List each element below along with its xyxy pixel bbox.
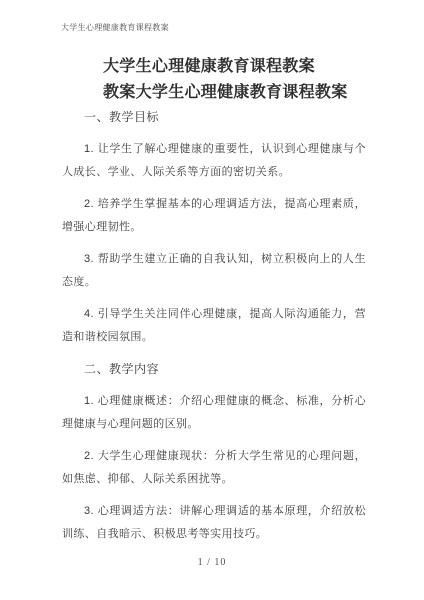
running-header: 大学生心理健康教育课程教案 — [61, 23, 169, 33]
document-body: 一、教学目标 1. 让学生了解心理健康的重要性，认识到心理健康与个人成长、学业、… — [62, 106, 366, 555]
section-2-paragraph-1: 1. 心理健康概述：介绍心理健康的概念、标准，分析心理健康与心理问题的区别。 — [62, 390, 366, 436]
document-title: 大学生心理健康教育课程教案 教案大学生心理健康教育课程教案 — [103, 54, 348, 106]
section-1-paragraph-2: 2. 培养学生掌握基本的心理调适方法，提高心理素质，增强心理韧性。 — [62, 193, 366, 239]
section-1-paragraph-4: 4. 引导学生关注同伴心理健康，提高人际沟通能力，营造和谐校园氛围。 — [62, 303, 366, 349]
title-line-2: 教案大学生心理健康教育课程教案 — [103, 80, 348, 106]
section-2-paragraph-3: 3. 心理调适方法：讲解心理调适的基本原理，介绍放松训练、自我暗示、积极思考等实… — [62, 500, 366, 546]
section-2-paragraph-2: 2. 大学生心理健康现状：分析大学生常见的心理问题，如焦虑、抑郁、人际关系困扰等… — [62, 445, 366, 491]
document-page: 大学生心理健康教育课程教案 大学生心理健康教育课程教案 教案大学生心理健康教育课… — [0, 0, 424, 600]
title-line-1: 大学生心理健康教育课程教案 — [103, 54, 348, 80]
page-number: 1 / 10 — [0, 557, 424, 568]
section-2-heading: 二、教学内容 — [62, 358, 366, 381]
section-1-heading: 一、教学目标 — [62, 106, 366, 129]
section-1-paragraph-3: 3. 帮助学生建立正确的自我认知，树立积极向上的人生态度。 — [62, 248, 366, 294]
section-1-paragraph-1: 1. 让学生了解心理健康的重要性，认识到心理健康与个人成长、学业、人际关系等方面… — [62, 138, 366, 184]
